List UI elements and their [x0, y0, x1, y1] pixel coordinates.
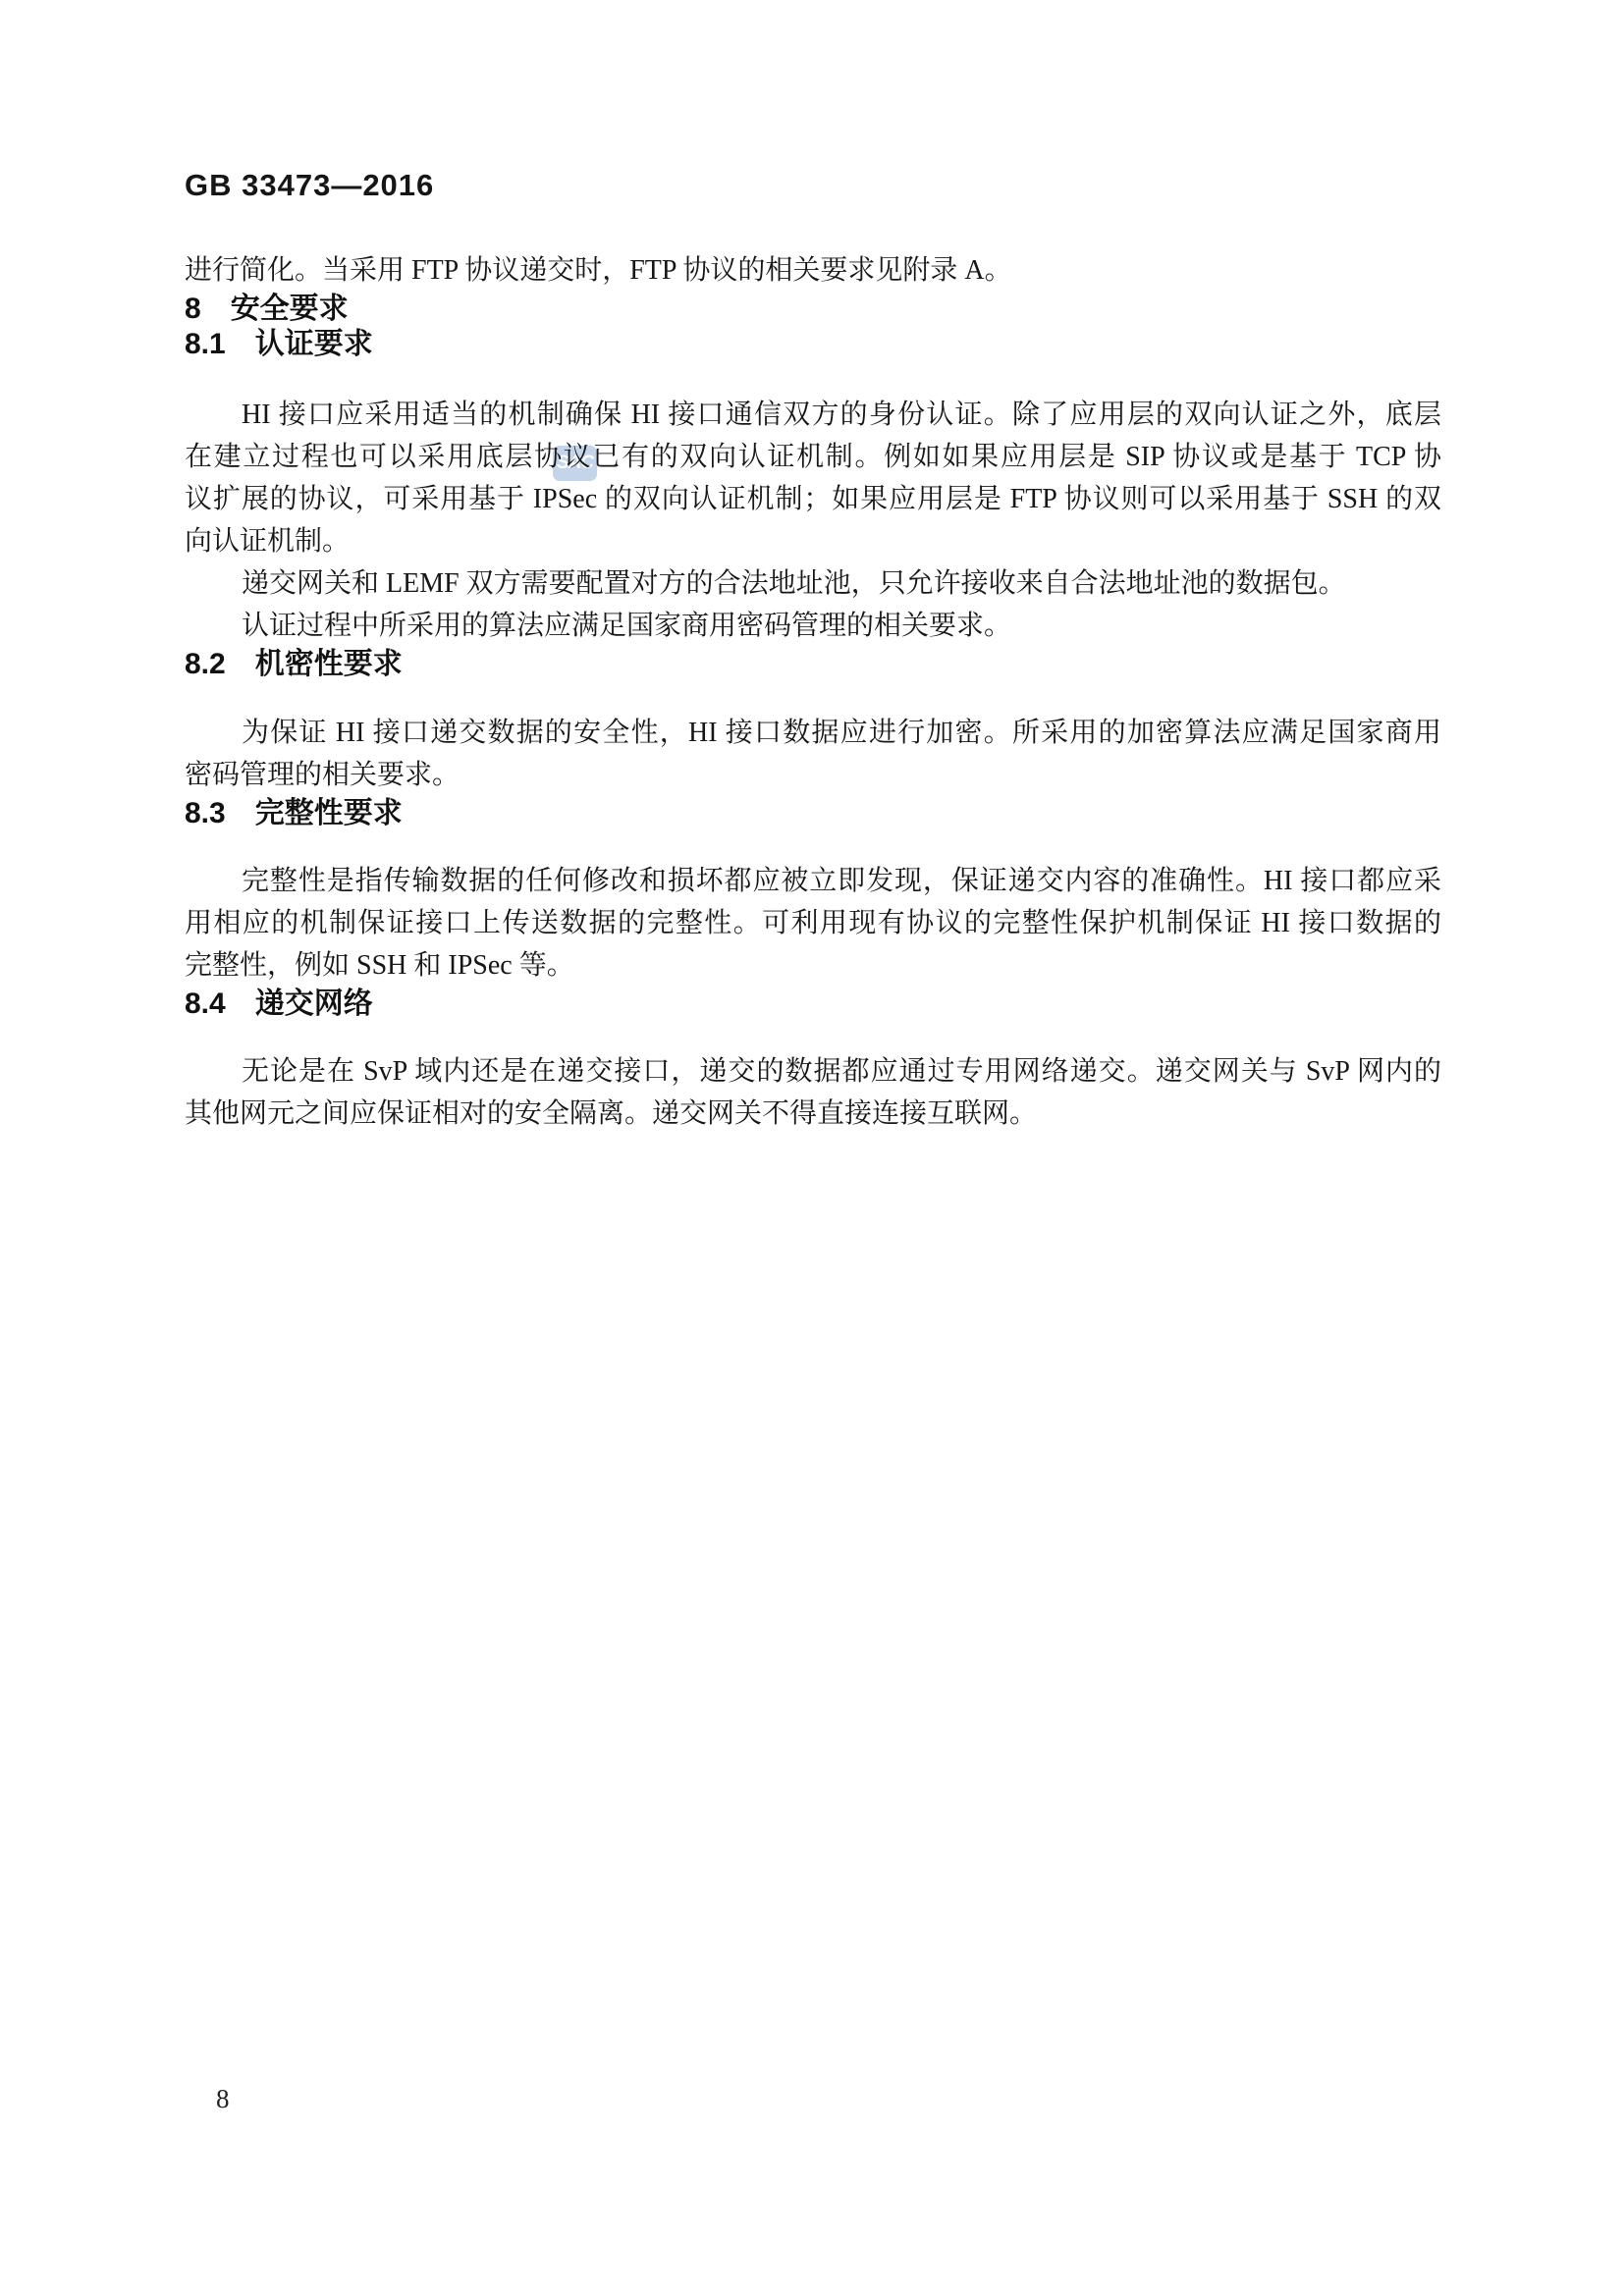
- section-8-2-heading: 8.2机密性要求: [185, 647, 1441, 682]
- section-8-1-heading: 8.1认证要求: [185, 327, 1441, 362]
- body-line: 无论是在 SvP 域内还是在递交接口，递交的数据都应通过专用网络递交。递交网关与…: [185, 1050, 1441, 1093]
- body-line: 密码管理的相关要求。: [185, 754, 1441, 796]
- body-line: 议扩展的协议，可采用基于 IPSec 的双向认证机制；如果应用层是 FTP 协议…: [185, 478, 1441, 520]
- body-line: 完整性，例如 SSH 和 IPSec 等。: [185, 944, 1441, 987]
- document-page: SAC GB 33473—2016 进行简化。当采用 FTP 协议递交时，FTP…: [0, 0, 1624, 2296]
- section-8-heading: 8安全要求: [185, 292, 1441, 327]
- section-8-2-title: 机密性要求: [255, 648, 403, 680]
- body-line: 向认证机制。: [185, 520, 1441, 562]
- section-8-4-number: 8.4: [185, 987, 226, 1022]
- section-8-3-heading: 8.3完整性要求: [185, 796, 1441, 831]
- section-8-number: 8: [185, 292, 201, 327]
- section-8-4-title: 递交网络: [255, 988, 373, 1020]
- body-line: 其他网元之间应保证相对的安全隔离。递交网关不得直接连接互联网。: [185, 1093, 1441, 1135]
- body-line: 在建立过程也可以采用底层协议已有的双向认证机制。例如如果应用层是 SIP 协议或…: [185, 436, 1441, 478]
- intro-continuation-line: 进行简化。当采用 FTP 协议递交时，FTP 协议的相关要求见附录 A。: [185, 249, 1441, 292]
- section-8-1-title: 认证要求: [255, 328, 373, 360]
- section-8-2-number: 8.2: [185, 647, 226, 682]
- section-8-4-heading: 8.4递交网络: [185, 987, 1441, 1022]
- body-line: 认证过程中所采用的算法应满足国家商用密码管理的相关要求。: [185, 605, 1441, 647]
- body-line: 完整性是指传输数据的任何修改和损坏都应被立即发现，保证递交内容的准确性。HI 接…: [185, 860, 1441, 902]
- section-8-3-number: 8.3: [185, 796, 226, 831]
- body-line: HI 接口应采用适当的机制确保 HI 接口通信双方的身份认证。除了应用层的双向认…: [185, 394, 1441, 436]
- section-8-title: 安全要求: [231, 293, 349, 325]
- body-line: 递交网关和 LEMF 双方需要配置对方的合法地址池，只允许接收来自合法地址池的数…: [185, 562, 1441, 605]
- section-8-1-number: 8.1: [185, 327, 226, 362]
- body-line: 为保证 HI 接口递交数据的安全性，HI 接口数据应进行加密。所采用的加密算法应…: [185, 712, 1441, 754]
- section-8-3-title: 完整性要求: [255, 797, 403, 829]
- page-number: 8: [216, 2083, 230, 2114]
- standard-number: GB 33473—2016: [185, 169, 1441, 202]
- page-content: GB 33473—2016 进行简化。当采用 FTP 协议递交时，FTP 协议的…: [185, 169, 1441, 1135]
- body-line: 用相应的机制保证接口上传送数据的完整性。可利用现有协议的完整性保护机制保证 HI…: [185, 902, 1441, 944]
